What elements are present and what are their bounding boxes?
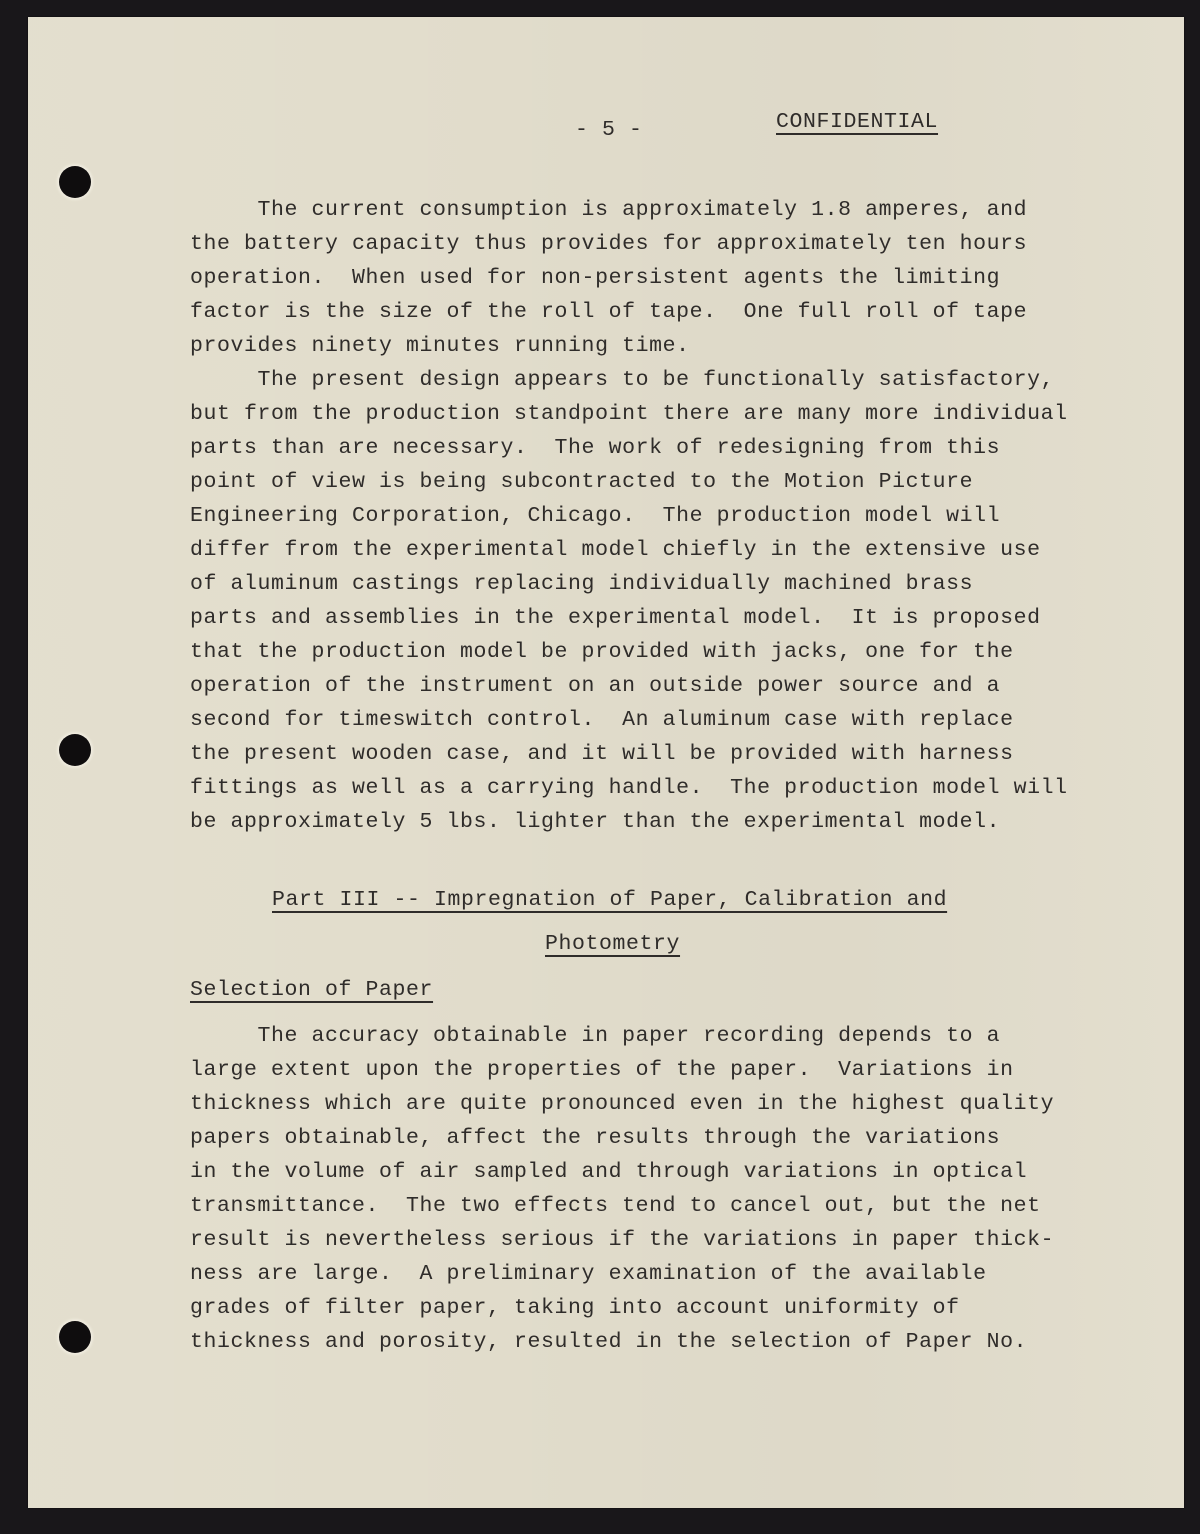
text-line: thickness and porosity, resulted in the … (190, 1330, 1027, 1354)
text-line: ness are large. A preliminary examinatio… (190, 1262, 987, 1286)
text-line: result is nevertheless serious if the va… (190, 1228, 1054, 1252)
text-line: of aluminum castings replacing individua… (190, 572, 973, 596)
text-line: the present wooden case, and it will be … (190, 742, 1014, 766)
text-line: in the volume of air sampled and through… (190, 1160, 1027, 1184)
text-line: the battery capacity thus provides for a… (190, 232, 1027, 256)
section-heading: Part III -- Impregnation of Paper, Calib… (272, 888, 947, 912)
punch-hole-icon (59, 1321, 91, 1353)
text-line: grades of filter paper, taking into acco… (190, 1296, 960, 1320)
paragraph-2: The present design appears to be functio… (190, 368, 217, 728)
paragraph-1: The current consumption is approximately… (190, 198, 217, 342)
text-line: that the production model be provided wi… (190, 640, 1014, 664)
text-line: large extent upon the properties of the … (190, 1058, 1014, 1082)
text-line: The current consumption is approximately… (190, 198, 1027, 222)
section-heading-continued: Photometry (545, 932, 680, 956)
text-line: The accuracy obtainable in paper recordi… (190, 1024, 1000, 1048)
punch-hole-icon (59, 734, 91, 766)
page-number: - 5 - (575, 118, 643, 142)
text-line: be approximately 5 lbs. lighter than the… (190, 810, 1000, 834)
text-line: operation of the instrument on an outsid… (190, 674, 1000, 698)
text-line: but from the production standpoint there… (190, 402, 1068, 426)
text-line: Engineering Corporation, Chicago. The pr… (190, 504, 1000, 528)
text-line: differ from the experimental model chief… (190, 538, 1041, 562)
paragraph-3: The accuracy obtainable in paper recordi… (190, 1024, 217, 1288)
text-line: second for timeswitch control. An alumin… (190, 708, 1014, 732)
text-line: parts and assemblies in the experimental… (190, 606, 1041, 630)
text-line: operation. When used for non-persistent … (190, 266, 1000, 290)
classification-label: CONFIDENTIAL (776, 110, 938, 134)
text-line: papers obtainable, affect the results th… (190, 1126, 1000, 1150)
subsection-heading: Selection of Paper (190, 978, 433, 1002)
text-line: transmittance. The two effects tend to c… (190, 1194, 1041, 1218)
text-line: factor is the size of the roll of tape. … (190, 300, 1027, 324)
text-line: provides ninety minutes running time. (190, 334, 690, 358)
text-line: thickness which are quite pronounced eve… (190, 1092, 1054, 1116)
text-line: fittings as well as a carrying handle. T… (190, 776, 1068, 800)
text-line: parts than are necessary. The work of re… (190, 436, 1000, 460)
punch-hole-icon (59, 166, 91, 198)
text-line: The present design appears to be functio… (190, 368, 1054, 392)
text-line: point of view is being subcontracted to … (190, 470, 973, 494)
